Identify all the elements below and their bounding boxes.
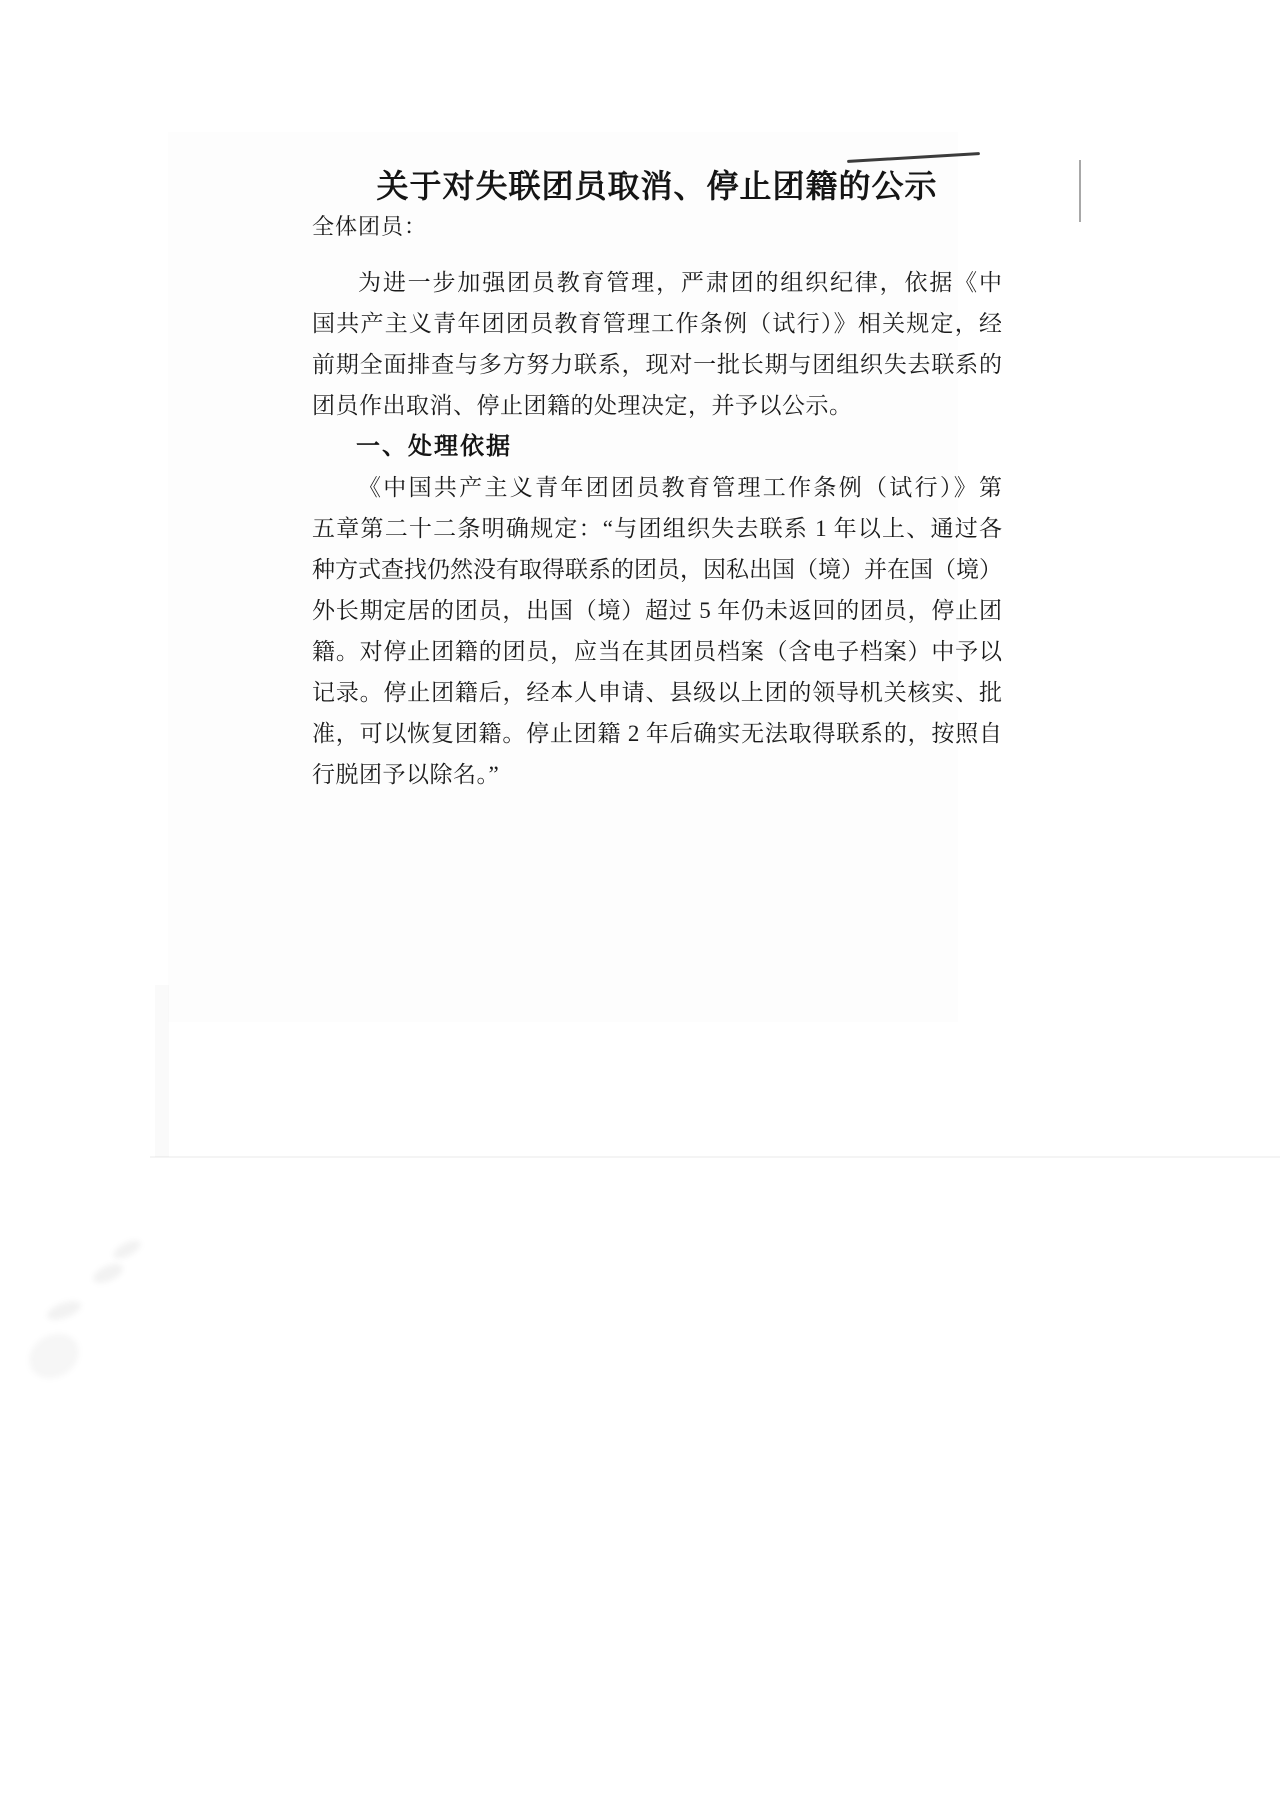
paragraph-line: 准，可以恢复团籍。停止团籍 2 年后确实无法取得联系的，按照自 bbox=[312, 713, 1002, 754]
scanned-document-page: 关于对失联团员取消、停止团籍的公示 全体团员： 为进一步加强团员教育管理，严肃团… bbox=[0, 0, 1280, 1810]
paragraph-line: 五章第二十二条明确规定：“与团组织失去联系 1 年以上、通过各 bbox=[312, 508, 1002, 549]
paragraph-intro: 为进一步加强团员教育管理，严肃团的组织纪律，依据《中 国共产主义青年团团员教育管… bbox=[312, 262, 1002, 426]
salutation-line: 全体团员： bbox=[312, 212, 1002, 242]
scan-artifact-smudge bbox=[45, 1297, 84, 1323]
scan-artifact-fold-line bbox=[150, 1156, 1280, 1158]
scan-artifact-smudge bbox=[21, 1325, 87, 1387]
scan-artifact-vertical-line bbox=[1079, 160, 1081, 222]
paragraph-line: 种方式查找仍然没有取得联系的团员，因私出国（境）并在国（境） bbox=[312, 549, 1002, 590]
paragraph-line: 《中国共产主义青年团团员教育管理工作条例（试行）》第 bbox=[312, 467, 1002, 508]
scan-artifact-smudge bbox=[111, 1237, 144, 1263]
section-heading-basis: 一、处理依据 bbox=[312, 426, 1002, 467]
paragraph-basis: 《中国共产主义青年团团员教育管理工作条例（试行）》第 五章第二十二条明确规定：“… bbox=[312, 467, 1002, 795]
paragraph-line: 籍。对停止团籍的团员，应当在其团员档案（含电子档案）中予以 bbox=[312, 631, 1002, 672]
scan-artifact-smudge bbox=[90, 1260, 125, 1287]
paragraph-line: 国共产主义青年团团员教育管理工作条例（试行）》相关规定，经 bbox=[312, 303, 1002, 344]
paragraph-line: 前期全面排查与多方努力联系，现对一批长期与团组织失去联系的 bbox=[312, 344, 1002, 385]
scan-artifact-edge-shadow bbox=[155, 985, 169, 1157]
document-content: 关于对失联团员取消、停止团籍的公示 全体团员： 为进一步加强团员教育管理，严肃团… bbox=[312, 166, 1002, 795]
paragraph-line: 外长期定居的团员，出国（境）超过 5 年仍未返回的团员，停止团 bbox=[312, 590, 1002, 631]
paragraph-line: 记录。停止团籍后，经本人申请、县级以上团的领导机关核实、批 bbox=[312, 672, 1002, 713]
paragraph-line: 行脱团予以除名。” bbox=[312, 754, 1002, 795]
paragraph-line: 团员作出取消、停止团籍的处理决定，并予以公示。 bbox=[312, 385, 1002, 426]
paragraph-line: 为进一步加强团员教育管理，严肃团的组织纪律，依据《中 bbox=[312, 262, 1002, 303]
document-title: 关于对失联团员取消、停止团籍的公示 bbox=[312, 166, 1002, 206]
